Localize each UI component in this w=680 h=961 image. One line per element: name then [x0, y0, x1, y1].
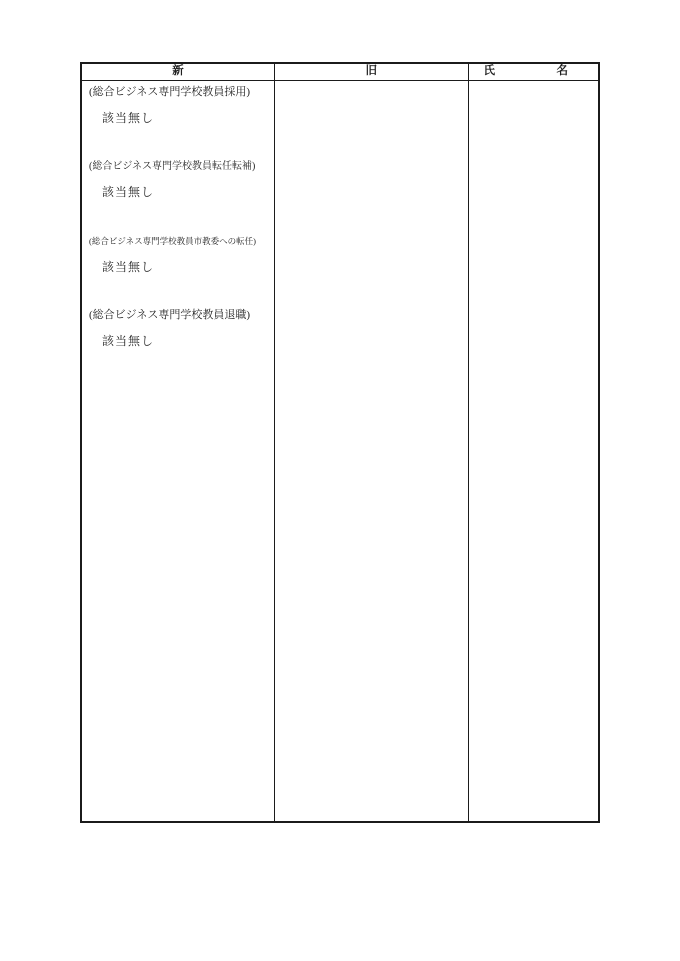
- section-note-recruitment: 該当無し: [102, 110, 154, 126]
- column-header-old: 旧: [275, 64, 469, 80]
- new-column-cell: (総合ビジネス専門学校教員採用) 該当無し (総合ビジネス専門学校教員転任転補)…: [82, 81, 275, 821]
- section-note-transfer: 該当無し: [102, 184, 154, 200]
- column-header-name-right: 名: [557, 66, 569, 78]
- column-header-name: 氏 名: [469, 64, 599, 80]
- section-heading-transfer: (総合ビジネス専門学校教員転任転補): [89, 160, 255, 173]
- old-column-cell: [275, 81, 469, 821]
- section-heading-transfer-to-board: (総合ビジネス専門学校教員市教委への転任): [89, 235, 256, 248]
- table-header-row: 新 旧 氏 名: [82, 64, 598, 81]
- section-note-transfer-to-board: 該当無し: [102, 259, 154, 275]
- column-header-new: 新: [82, 64, 275, 80]
- name-column-cell: [469, 81, 599, 821]
- section-heading-retirement: (総合ビジネス専門学校教員退職): [89, 309, 250, 322]
- column-header-name-left: 氏: [484, 66, 496, 78]
- personnel-change-table: 新 旧 氏 名 (総合ビジネス専門学校教員採用) 該当無し (総合ビジネス専門学…: [80, 62, 600, 823]
- section-heading-recruitment: (総合ビジネス専門学校教員採用): [89, 86, 250, 99]
- section-note-retirement: 該当無し: [102, 333, 154, 349]
- document-page: 新 旧 氏 名 (総合ビジネス専門学校教員採用) 該当無し (総合ビジネス専門学…: [0, 0, 680, 961]
- table-body: (総合ビジネス専門学校教員採用) 該当無し (総合ビジネス専門学校教員転任転補)…: [82, 81, 598, 821]
